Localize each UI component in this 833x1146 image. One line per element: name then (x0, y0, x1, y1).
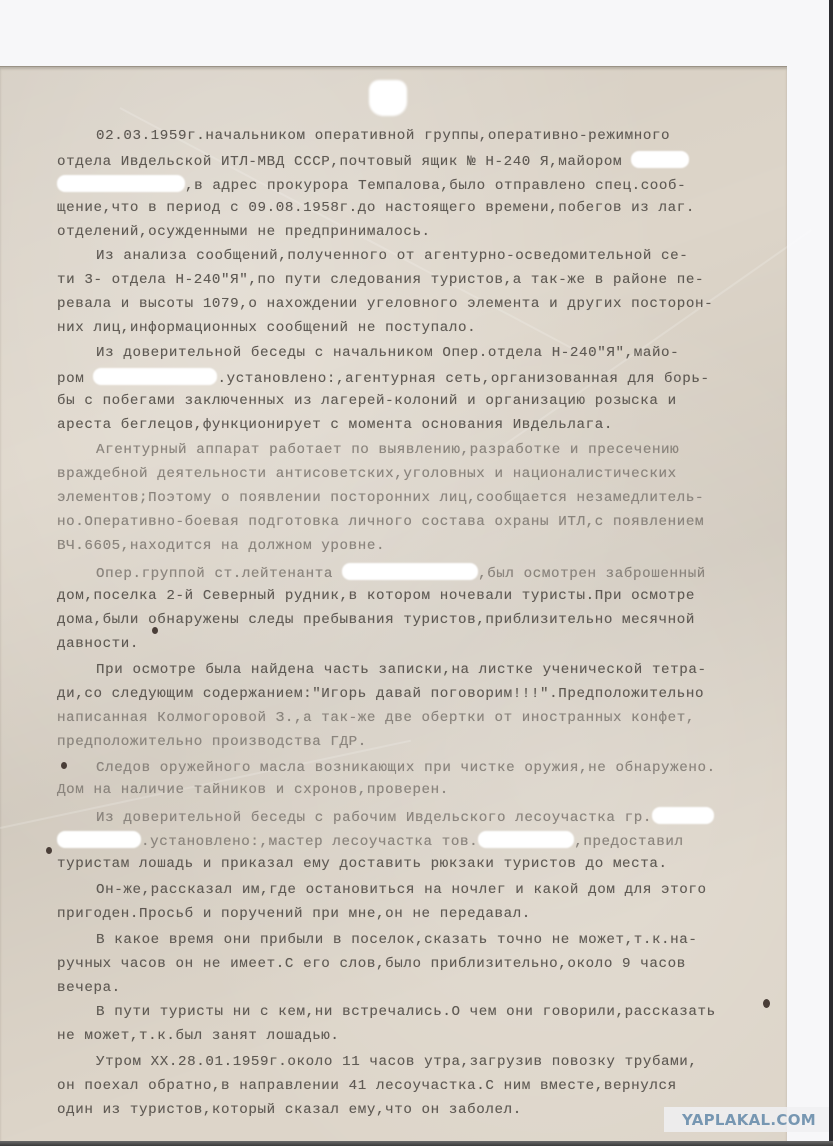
text-line: один из туристов,который сказал ему,что … (57, 1101, 522, 1119)
text-line: ти 3- отдела Н-240"Я",по пути следования… (57, 271, 704, 289)
line-text: Он-же,рассказал им,где остановиться на н… (96, 882, 707, 898)
text-line: дома,были обнаружены следы пребывания ту… (57, 611, 695, 629)
text-line: написанная Колмогоровой З.,а так-же две … (57, 709, 695, 727)
line-text: он поехал обратно,в направлении 41 лесоу… (57, 1078, 677, 1094)
line-text: ,в адрес прокурора Темпалова,было отправ… (185, 178, 686, 194)
line-text: дома,были обнаружены следы пребывания ту… (57, 612, 695, 628)
line-text: элементов;Поэтому о появлении посторонни… (57, 490, 704, 506)
line-text: .установлено:,агентурная сеть,организова… (217, 371, 709, 387)
line-text: предположительно производства ГДР. (57, 734, 367, 750)
text-line: ревала и высоты 1079,о нахождении угелов… (57, 295, 713, 313)
line-text: Из доверительной беседы с рабочим Ивдель… (96, 810, 652, 826)
text-line: не может,т.к.был занят лошадью. (57, 1027, 340, 1045)
text-line: предположительно производства ГДР. (57, 733, 367, 751)
line-text: Из доверительной беседы с начальником Оп… (96, 345, 679, 361)
text-line: элементов;Поэтому о появлении посторонни… (57, 489, 704, 507)
text-line: ди,со следующим содержанием:"Игорь давай… (57, 685, 704, 703)
line-text: Агентурный аппарат работает по выявлению… (96, 442, 679, 458)
text-line: Из доверительной беседы с рабочим Ивдель… (96, 807, 714, 827)
line-text: отделений,осужденными не предпринималось… (57, 224, 431, 240)
text-line: пригоден.Просьб и поручений при мне,он н… (57, 905, 531, 923)
line-text: щение,что в период с 09.08.1958г.до наст… (57, 200, 695, 216)
line-text: Из анализа сообщений,полученного от аген… (96, 248, 688, 264)
text-line: дом,поселка 2-й Северный рудник,в которо… (57, 587, 695, 605)
line-text: них лиц,информационных сообщений не пост… (57, 320, 476, 336)
text-line: бы с побегами заключенных из лагерей-кол… (57, 392, 677, 410)
line-text: вечера. (57, 980, 121, 996)
ink-blot (152, 627, 158, 634)
line-text: ди,со следующим содержанием:"Игорь давай… (57, 686, 704, 702)
line-text: Дом на наличие тайников и схронов,провер… (57, 782, 449, 798)
text-line: Утром ХХ.28.01.1959г.около 11 часов утра… (96, 1053, 698, 1071)
line-text: Следов оружейного масла возникающих при … (96, 760, 716, 776)
redaction (57, 831, 141, 848)
redaction (631, 151, 689, 168)
line-text: написанная Колмогоровой З.,а так-же две … (57, 710, 695, 726)
text-line: Опер.группой ст.лейтенанта ,был осмотрен… (96, 563, 706, 583)
text-line: ВЧ.6605,находится на должном уровне. (57, 537, 385, 555)
text-line: При осмотре была найдена часть записки,н… (96, 661, 707, 679)
text-line: Агентурный аппарат работает по выявлению… (96, 441, 679, 459)
line-text: отдела Ивдельской ИТЛ-МВД СССР,почтовый … (57, 154, 631, 170)
line-text: ручных часов он не имеет.С его слов,было… (57, 956, 686, 972)
watermark: YAPLAKAL.COM (664, 1107, 833, 1132)
line-text: 02.03.1959г.начальником оперативной груп… (96, 128, 670, 144)
text-line: но.Оперативно-боевая подготовка личного … (57, 513, 704, 531)
redaction (478, 831, 574, 848)
line-text: не может,т.к.был занят лошадью. (57, 1028, 340, 1044)
typewritten-text: 02.03.1959г.начальником оперативной груп… (0, 67, 787, 1142)
text-line: ареста беглецов,функционирует с момента … (57, 416, 613, 434)
line-text: враждебной деятельности антисоветских,уг… (57, 466, 677, 482)
line-text: При осмотре была найдена часть записки,н… (96, 662, 707, 678)
redaction (93, 368, 217, 385)
scan-border (829, 0, 833, 1146)
text-line: .установлено:,мастер лесоучастка тов.,пр… (57, 831, 684, 851)
line-text: но.Оперативно-боевая подготовка личного … (57, 514, 704, 530)
text-line: Он-же,рассказал им,где остановиться на н… (96, 881, 707, 899)
text-line: Дом на наличие тайников и схронов,провер… (57, 781, 449, 799)
ink-blot (61, 762, 67, 769)
line-text: дом,поселка 2-й Северный рудник,в которо… (57, 588, 695, 604)
line-text: ,предоставил (574, 834, 683, 850)
redaction (342, 563, 478, 580)
line-text: давности. (57, 636, 139, 652)
line-text: бы с побегами заключенных из лагерей-кол… (57, 393, 677, 409)
redaction (652, 807, 714, 824)
text-line: вечера. (57, 979, 121, 997)
text-line: щение,что в период с 09.08.1958г.до наст… (57, 199, 695, 217)
scan-border (0, 1141, 833, 1146)
line-text: пригоден.Просьб и поручений при мне,он н… (57, 906, 531, 922)
text-line: туристам лошадь и приказал ему доставить… (57, 855, 668, 873)
line-text: ,был осмотрен заброшенный (478, 566, 706, 582)
ink-blot (46, 847, 52, 854)
text-line: он поехал обратно,в направлении 41 лесоу… (57, 1077, 677, 1095)
text-line: В какое время они прибыли в поселок,сказ… (96, 931, 698, 949)
line-text: один из туристов,который сказал ему,что … (57, 1102, 522, 1118)
text-line: ром .установлено:,агентурная сеть,органи… (57, 368, 710, 388)
redaction (369, 80, 407, 116)
line-text: туристам лошадь и приказал ему доставить… (57, 856, 668, 872)
line-text: В пути туристы ни с кем,ни встречались.О… (96, 1004, 716, 1020)
line-text: ром (57, 371, 93, 387)
line-text: ВЧ.6605,находится на должном уровне. (57, 538, 385, 554)
text-line: отдела Ивдельской ИТЛ-МВД СССР,почтовый … (57, 151, 689, 171)
document-page: 02.03.1959г.начальником оперативной груп… (0, 66, 787, 1142)
text-line: Из доверительной беседы с начальником Оп… (96, 344, 679, 362)
ink-blot (763, 999, 770, 1008)
line-text: ти 3- отдела Н-240"Я",по пути следования… (57, 272, 704, 288)
text-line: ручных часов он не имеет.С его слов,было… (57, 955, 686, 973)
text-line: В пути туристы ни с кем,ни встречались.О… (96, 1003, 716, 1021)
text-line: Из анализа сообщений,полученного от аген… (96, 247, 688, 265)
text-line: Следов оружейного масла возникающих при … (96, 759, 716, 777)
text-line: давности. (57, 635, 139, 653)
text-line: них лиц,информационных сообщений не пост… (57, 319, 476, 337)
text-line: враждебной деятельности антисоветских,уг… (57, 465, 677, 483)
text-line: 02.03.1959г.начальником оперативной груп… (96, 127, 670, 145)
text-line: отделений,осужденными не предпринималось… (57, 223, 431, 241)
text-line: ,в адрес прокурора Темпалова,было отправ… (57, 175, 686, 195)
redaction (57, 175, 185, 192)
line-text: ревала и высоты 1079,о нахождении угелов… (57, 296, 713, 312)
watermark-text: YAPLAKAL.COM (682, 1111, 816, 1129)
line-text: В какое время они прибыли в поселок,сказ… (96, 932, 698, 948)
line-text: ареста беглецов,функционирует с момента … (57, 417, 613, 433)
line-text: Утром ХХ.28.01.1959г.около 11 часов утра… (96, 1054, 698, 1070)
line-text: Опер.группой ст.лейтенанта (96, 566, 342, 582)
line-text: .установлено:,мастер лесоучастка тов. (141, 834, 478, 850)
